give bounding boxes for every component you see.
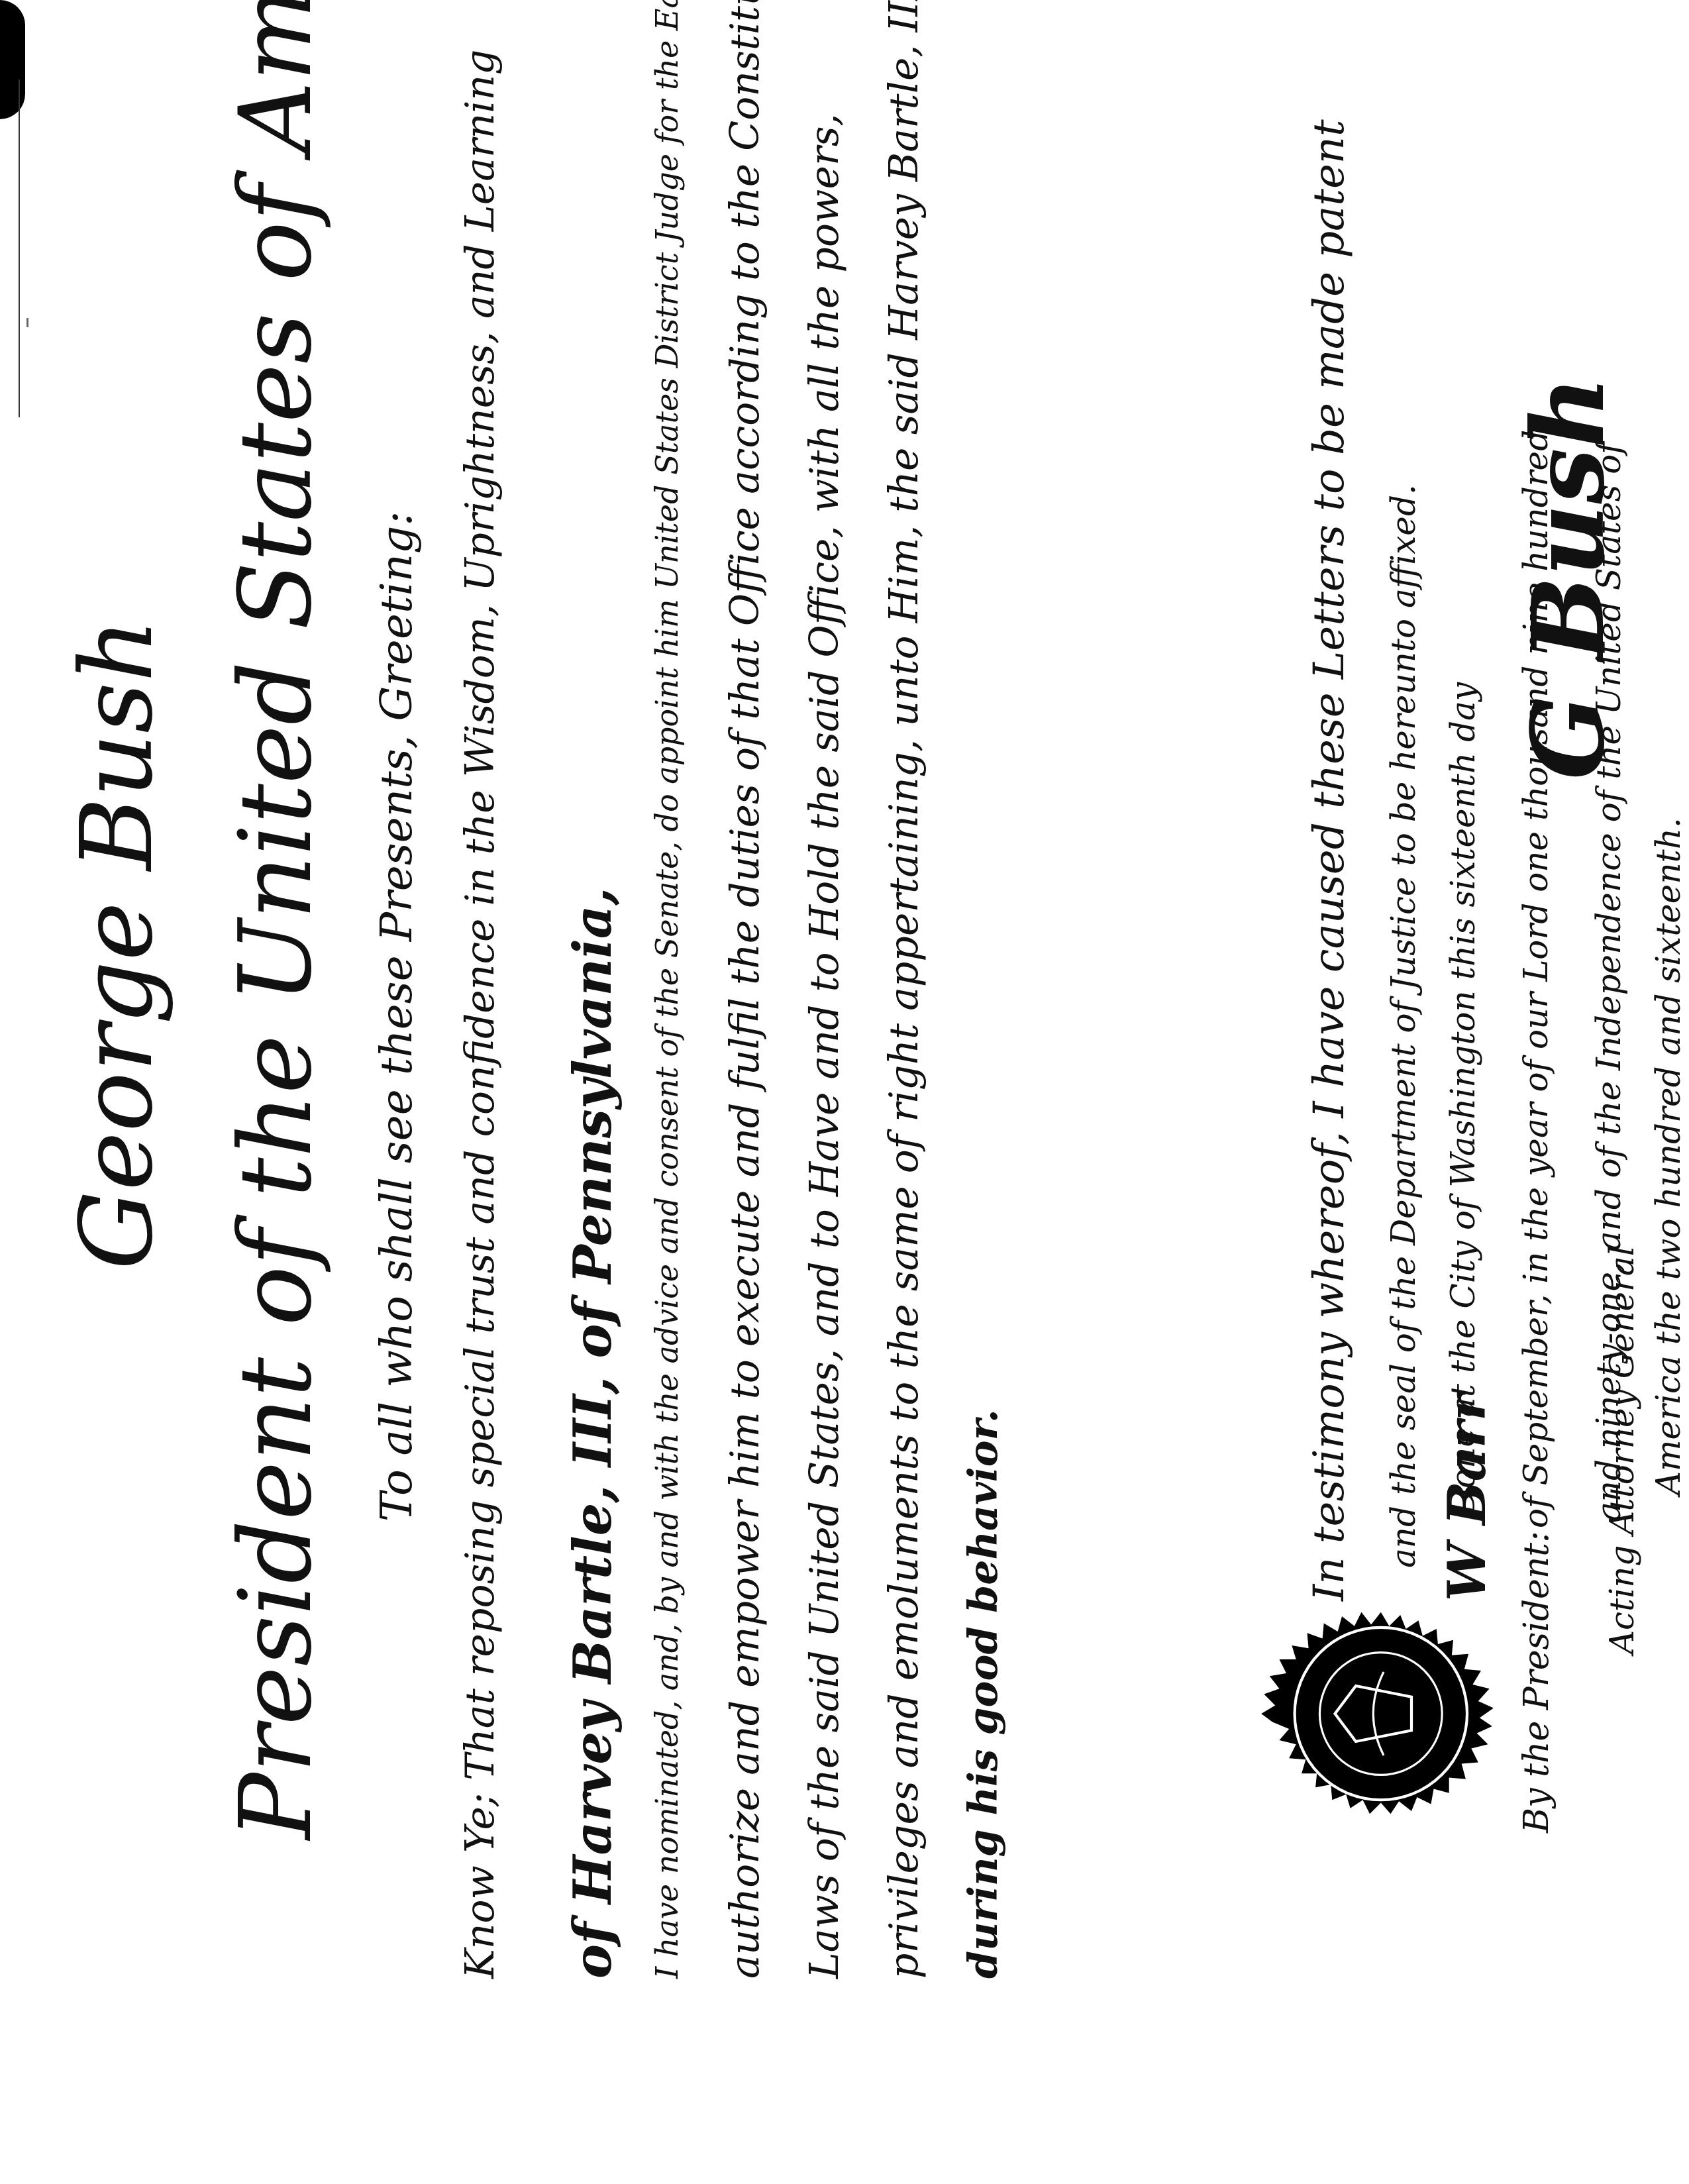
nominee-line: of Harvey Bartle, III, of Pennsylvania,	[563, 887, 623, 1979]
attestation-line: and the seal of the Department of Justic…	[1384, 484, 1423, 1568]
by-the-president-label: By the President:	[1517, 1531, 1557, 1833]
acting-attorney-general-title: Acting Attorney General	[1603, 1245, 1641, 1654]
department-of-justice-seal-icon	[1258, 1575, 1537, 1853]
body-line: during his good behavior.	[960, 1409, 1007, 1979]
attestation-line: Done at the City of Washington this sixt…	[1444, 682, 1482, 1515]
president-name-heading: George Bush	[60, 619, 175, 1271]
attorney-general-signature: W Barr	[1437, 1394, 1498, 1601]
attestation-line: In testimony whereof, I have caused thes…	[1305, 119, 1354, 1601]
body-line: Laws of the said United States, and to H…	[801, 113, 848, 1979]
body-line: authorize and empower him to execute and…	[722, 0, 768, 1979]
attestation-line: America the two hundred and sixteenth.	[1649, 817, 1688, 1495]
president-signature: G Bush	[1510, 376, 1627, 780]
greeting-line: To all who shall see these Presents, Gre…	[371, 511, 422, 1522]
body-line: I have nominated, and, by and with the a…	[649, 0, 685, 1979]
body-line: privileges and emoluments to the same of…	[881, 0, 927, 1979]
commission-document: George Bush President of the United Stat…	[0, 0, 1689, 2184]
body-line: Know Ye; That reposing special trust and…	[457, 50, 503, 1979]
office-title-heading: President of the United States of Americ…	[219, 0, 334, 1840]
